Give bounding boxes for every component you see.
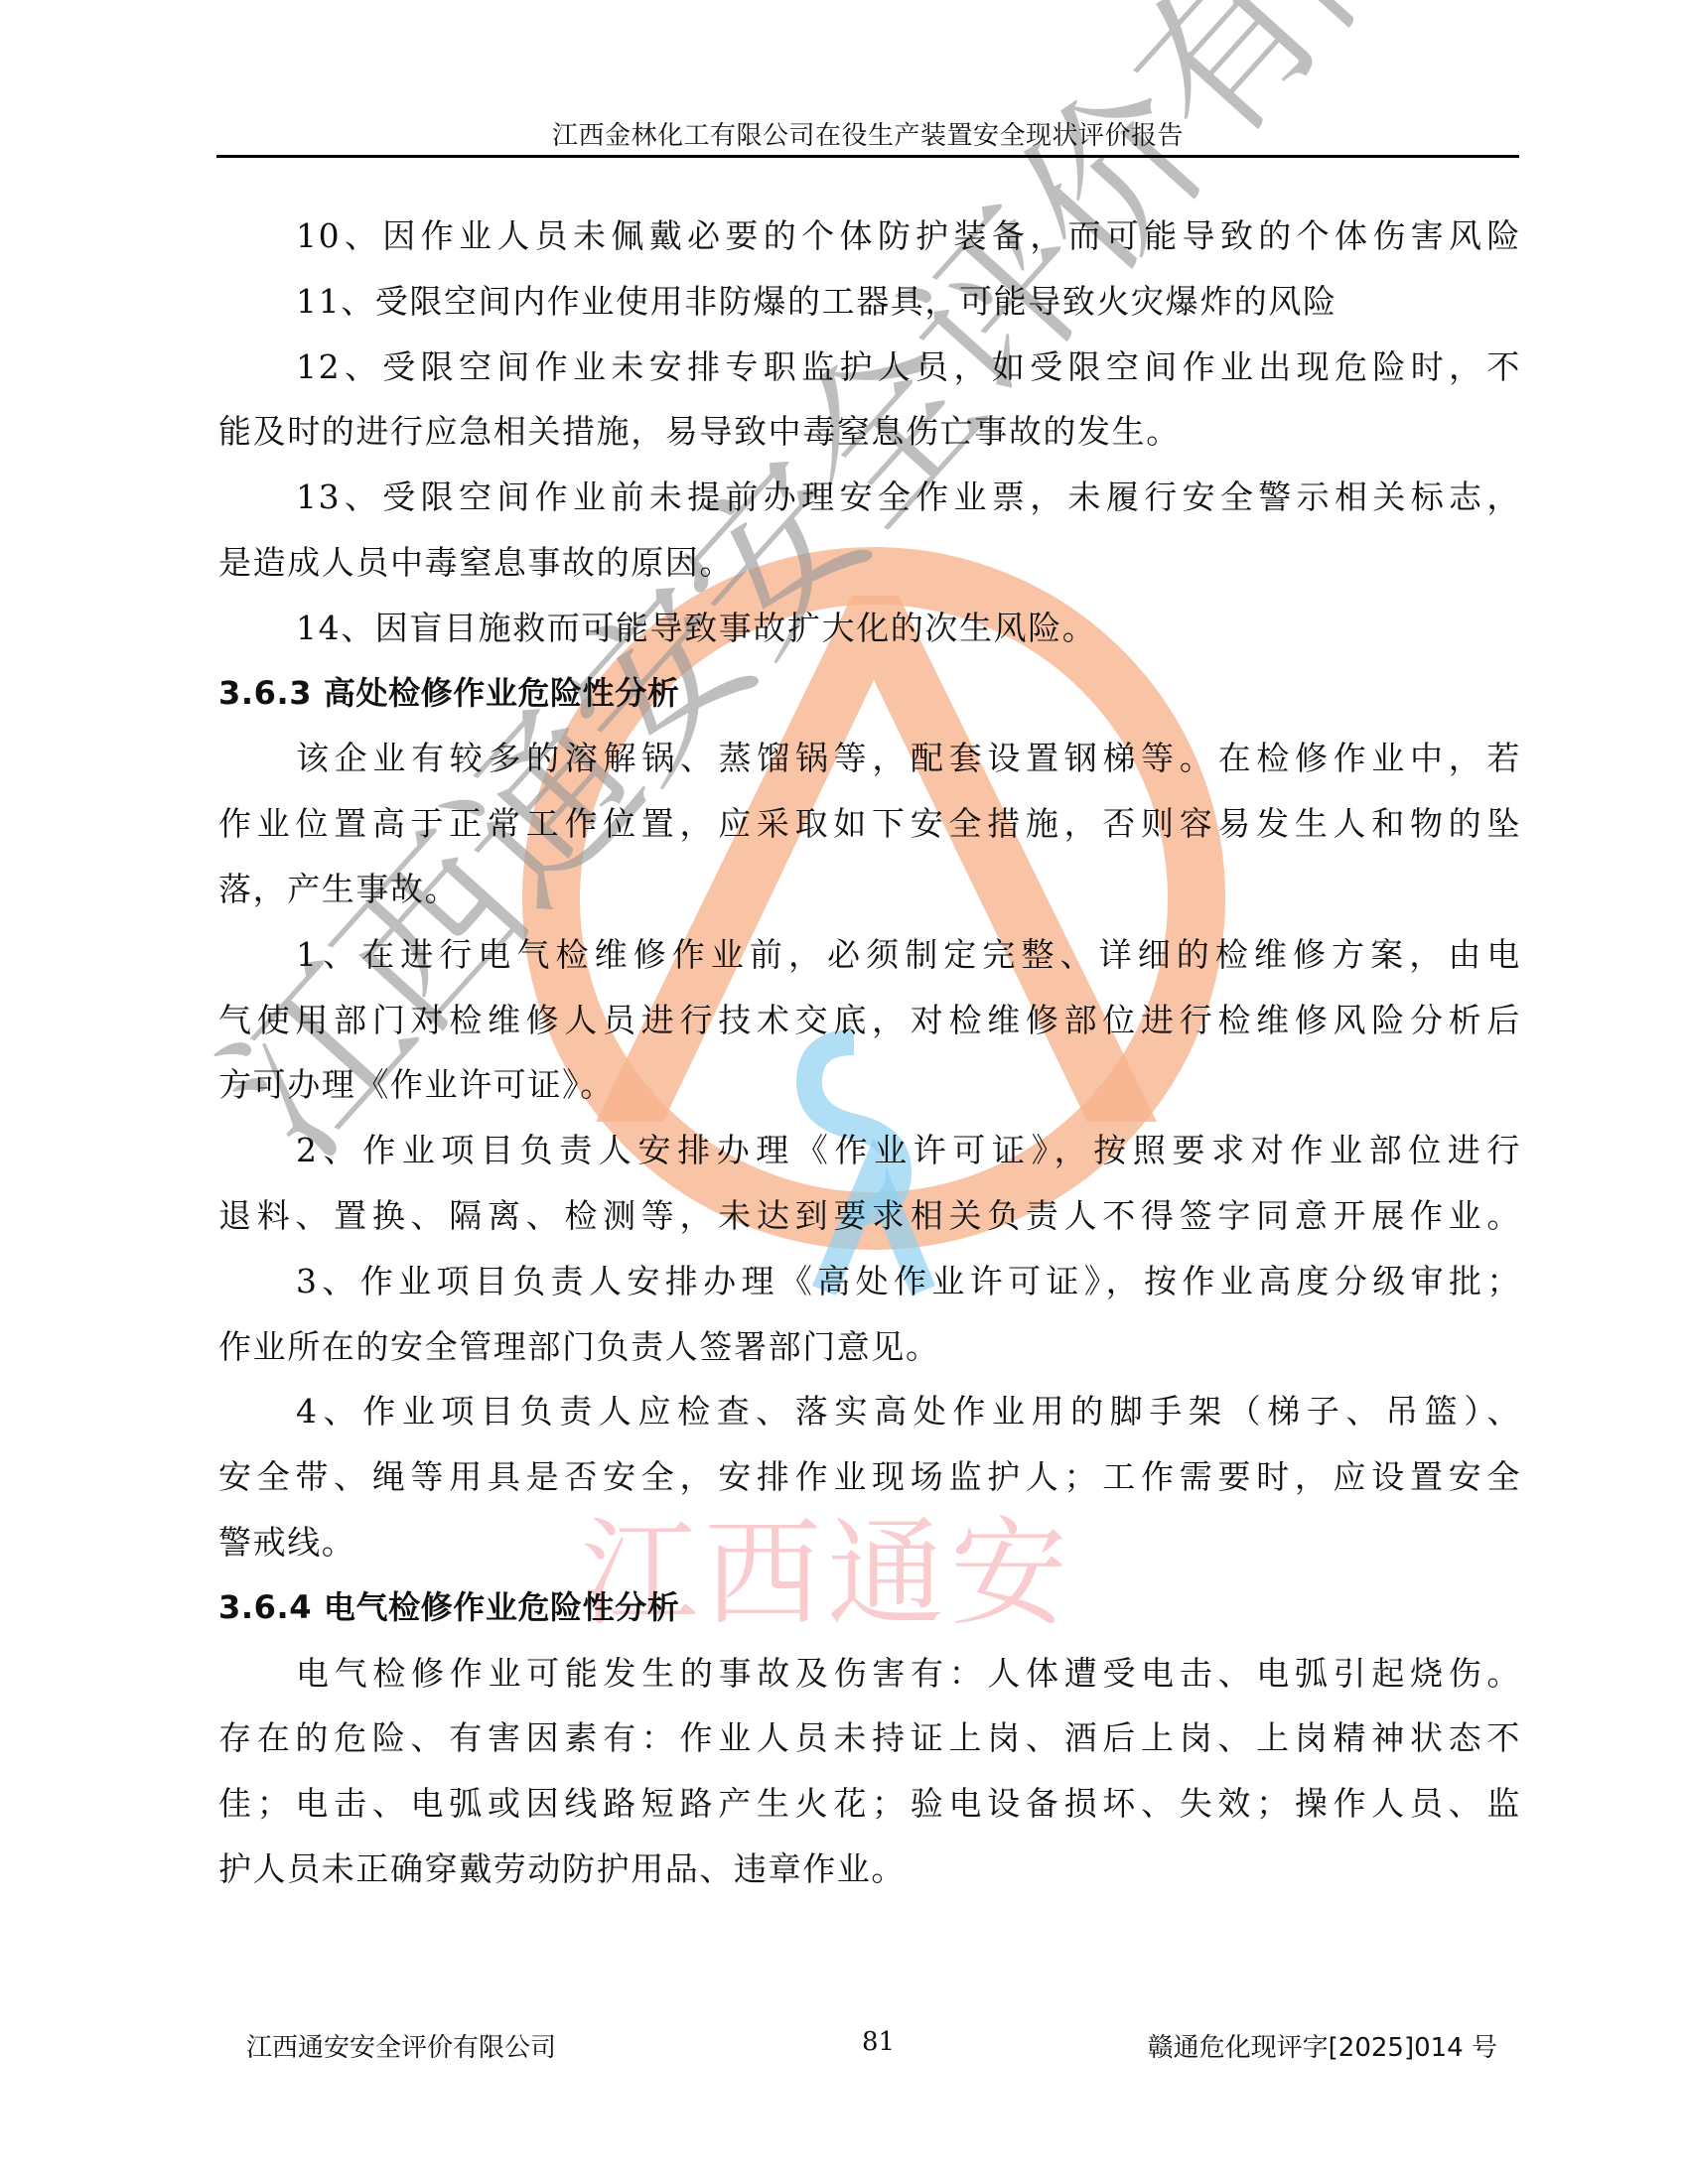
line-text: 4、作业项目负责人应检查、落实高处作业用的脚手架（梯子、吊篮）、: [296, 1379, 1521, 1444]
paragraph-line: 能及时的进行应急相关措施，易导致中毒窒息伤亡事故的发生。: [218, 399, 1521, 465]
line-text: 1、在进行电气检维修作业前，必须制定完整、详细的检维修方案，由电: [296, 922, 1521, 988]
line-text: 12、受限空间作业未安排专职监护人员，如受限空间作业出现危险时，不: [296, 335, 1521, 400]
paragraph-line: 该企业有较多的溶解锅、蒸馏锅等，配套设置钢梯等。在检修作业中，若: [218, 726, 1521, 791]
line-text: 10、因作业人员未佩戴必要的个体防护装备，而可能导致的个体伤害风险: [296, 204, 1521, 269]
line-text: 方可办理《作业许可证》。: [218, 1065, 615, 1104]
line-text: 安全带、绳等用具是否安全，安排作业现场监护人；工作需要时，应设置安全: [218, 1444, 1521, 1510]
paragraph-line: 10、因作业人员未佩戴必要的个体防护装备，而可能导致的个体伤害风险: [218, 204, 1521, 269]
line-text: 落，产生事故。: [218, 870, 459, 908]
paragraph-line: 11、受限空间内作业使用非防爆的工器具，可能导致火灾爆炸的风险: [218, 269, 1521, 335]
page-footer: 江西通安安全评价有限公司 81 赣通危化现评字[2025]014 号: [246, 2027, 1497, 2067]
running-header-title: 江西金林化工有限公司在役生产装置安全现状评价报告: [216, 115, 1519, 152]
paragraph-line: 佳；电击、电弧或因线路短路产生火花；验电设备损坏、失效；操作人员、监: [218, 1771, 1521, 1837]
document-page: 江西通安安全评价有限公司 江西通安 江西金林化工有限公司在役生产装置安全现状评价…: [0, 0, 1688, 2184]
section-heading: 3.6.3 高处检修作业危险性分析: [218, 661, 1521, 727]
document-body: 10、因作业人员未佩戴必要的个体防护装备，而可能导致的个体伤害风险11、受限空间…: [218, 204, 1521, 1902]
paragraph-line: 12、受限空间作业未安排专职监护人员，如受限空间作业出现危险时，不: [218, 335, 1521, 400]
paragraph-line: 4、作业项目负责人应检查、落实高处作业用的脚手架（梯子、吊篮）、: [218, 1379, 1521, 1444]
paragraph-line: 护人员未正确穿戴劳动防护用品、违章作业。: [218, 1837, 1521, 1902]
line-text: 作业所在的安全管理部门负责人签署部门意见。: [218, 1327, 940, 1366]
line-text: 11、受限空间内作业使用非防爆的工器具，可能导致火灾爆炸的风险: [296, 282, 1337, 321]
paragraph-line: 1、在进行电气检维修作业前，必须制定完整、详细的检维修方案，由电: [218, 922, 1521, 988]
line-text: 是造成人员中毒窒息事故的原因。: [218, 543, 734, 582]
line-text: 该企业有较多的溶解锅、蒸馏锅等，配套设置钢梯等。在检修作业中，若: [296, 726, 1521, 791]
footer-company: 江西通安安全评价有限公司: [246, 2027, 556, 2064]
line-text: 能及时的进行应急相关措施，易导致中毒窒息伤亡事故的发生。: [218, 412, 1181, 451]
paragraph-line: 方可办理《作业许可证》。: [218, 1052, 1521, 1118]
page-number: 81: [862, 2027, 895, 2057]
paragraph-line: 气使用部门对检维修人员进行技术交底，对检维修部位进行检维修风险分析后: [218, 988, 1521, 1053]
line-text: 气使用部门对检维修人员进行技术交底，对检维修部位进行检维修风险分析后: [218, 988, 1521, 1053]
line-text: 2、作业项目负责人安排办理《作业许可证》，按照要求对作业部位进行: [296, 1118, 1521, 1183]
paragraph-line: 是造成人员中毒窒息事故的原因。: [218, 530, 1521, 596]
paragraph-line: 3、作业项目负责人安排办理《高处作业许可证》，按作业高度分级审批；: [218, 1249, 1521, 1314]
line-text: 14、因盲目施救而可能导致事故扩大化的次生风险。: [296, 609, 1096, 647]
paragraph-line: 退料、置换、隔离、检测等，未达到要求相关负责人不得签字同意开展作业。: [218, 1183, 1521, 1249]
line-text: 作业位置高于正常工作位置，应采取如下安全措施，否则容易发生人和物的坠: [218, 791, 1521, 857]
paragraph-line: 落，产生事故。: [218, 857, 1521, 922]
footer-doc-number: 赣通危化现评字[2025]014 号: [1148, 2027, 1497, 2064]
line-text: 佳；电击、电弧或因线路短路产生火花；验电设备损坏、失效；操作人员、监: [218, 1771, 1521, 1837]
paragraph-line: 作业位置高于正常工作位置，应采取如下安全措施，否则容易发生人和物的坠: [218, 791, 1521, 857]
section-heading: 3.6.4 电气检修作业危险性分析: [218, 1575, 1521, 1641]
line-text: 3、作业项目负责人安排办理《高处作业许可证》，按作业高度分级审批；: [296, 1249, 1521, 1314]
line-text: 13、受限空间作业前未提前办理安全作业票，未履行安全警示相关标志，: [296, 465, 1521, 530]
header-divider: [216, 155, 1519, 158]
paragraph-line: 作业所在的安全管理部门负责人签署部门意见。: [218, 1314, 1521, 1380]
line-text: 存在的危险、有害因素有：作业人员未持证上岗、酒后上岗、上岗精神状态不: [218, 1706, 1521, 1771]
paragraph-line: 13、受限空间作业前未提前办理安全作业票，未履行安全警示相关标志，: [218, 465, 1521, 530]
line-text: 电气检修作业可能发生的事故及伤害有：人体遭受电击、电弧引起烧伤。: [296, 1641, 1521, 1706]
line-text: 3.6.3 高处检修作业危险性分析: [218, 674, 679, 712]
paragraph-line: 存在的危险、有害因素有：作业人员未持证上岗、酒后上岗、上岗精神状态不: [218, 1706, 1521, 1771]
paragraph-line: 安全带、绳等用具是否安全，安排作业现场监护人；工作需要时，应设置安全: [218, 1444, 1521, 1510]
line-text: 退料、置换、隔离、检测等，未达到要求相关负责人不得签字同意开展作业。: [218, 1183, 1521, 1249]
line-text: 3.6.4 电气检修作业危险性分析: [218, 1588, 679, 1626]
paragraph-line: 14、因盲目施救而可能导致事故扩大化的次生风险。: [218, 596, 1521, 661]
line-text: 警戒线。: [218, 1523, 355, 1562]
paragraph-line: 2、作业项目负责人安排办理《作业许可证》，按照要求对作业部位进行: [218, 1118, 1521, 1183]
paragraph-line: 警戒线。: [218, 1510, 1521, 1575]
line-text: 护人员未正确穿戴劳动防护用品、违章作业。: [218, 1849, 906, 1888]
paragraph-line: 电气检修作业可能发生的事故及伤害有：人体遭受电击、电弧引起烧伤。: [218, 1641, 1521, 1706]
